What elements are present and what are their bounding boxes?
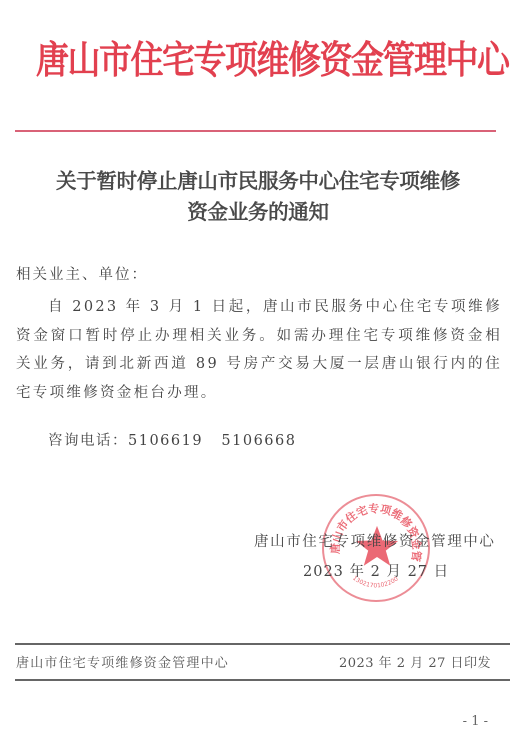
footer-issue-date: 2023 年 2 月 27 日印发 [339,652,491,671]
footer-issuer: 唐山市住宅专项维修资金管理中心 [16,652,229,671]
masthead-title: 唐山市住宅专项维修资金管理中心 [36,30,509,84]
masthead: 唐山市住宅专项维修资金管理中心 （ 通知 ） [36,30,496,84]
signature-date: 2023 年 2 月 27 日 [303,560,449,581]
footer-divider-bottom [15,679,510,681]
document-title-line-2: 资金业务的通知 [0,197,516,228]
masthead-divider [15,130,496,132]
footer-divider-top [15,643,510,645]
body-paragraph: 自 2023 年 3 月 1 日起，唐山市民服务中心住宅专项维修资金窗口暂时停止… [16,293,502,407]
salutation: 相关业主、单位： [16,263,148,284]
body-text: 自 2023 年 3 月 1 日起，唐山市民服务中心住宅专项维修资金窗口暂时停止… [16,293,502,407]
signature-organization: 唐山市住宅专项维修资金管理中心 [254,530,496,551]
document-title: 关于暂时停止唐山市民服务中心住宅专项维修 资金业务的通知 [0,166,516,228]
document-title-line-1: 关于暂时停止唐山市民服务中心住宅专项维修 [0,166,516,197]
page-number: - 1 - [463,714,488,729]
contact-phones: 咨询电话：5106619 5106668 [48,429,296,450]
